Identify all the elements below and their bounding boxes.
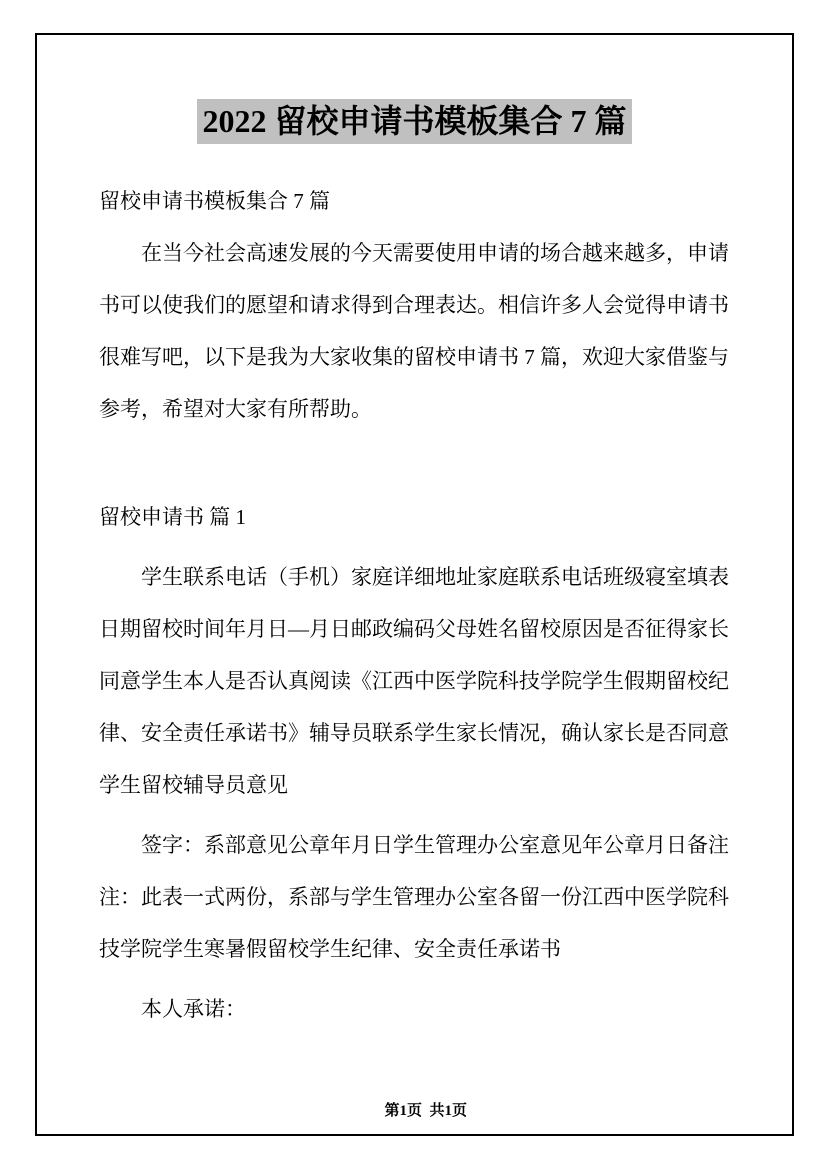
text-line: 留校申请书模板集合 7 篇	[99, 175, 739, 227]
page-footer: 第1页 共1页	[37, 1082, 792, 1137]
form-fields-paragraph: 学生联系电话（手机）家庭详细地址家庭联系电话班级寝室填表 日期留校时间年月日—月…	[99, 551, 739, 811]
document-page: 2022 留校申请书模板集合 7 篇 留校申请书模板集合 7 篇 在当今社会高速…	[0, 0, 827, 1170]
text-line: 技学院学生寒暑假留校学生纪律、安全责任承诺书	[99, 923, 739, 975]
text-line: 日期留校时间年月日—月日邮政编码父母姓名留校原因是否征得家长	[99, 603, 739, 655]
intro-paragraph: 在当今社会高速发展的今天需要使用申请的场合越来越多，申请 书可以使我们的愿望和请…	[99, 227, 739, 435]
intro-heading-paragraph: 留校申请书模板集合 7 篇	[99, 175, 739, 227]
promise-paragraph: 本人承诺：	[99, 983, 739, 1035]
title-highlight: 2022 留校申请书模板集合 7 篇	[197, 99, 631, 144]
document-body: 留校申请书模板集合 7 篇 在当今社会高速发展的今天需要使用申请的场合越来越多，…	[99, 175, 739, 1043]
text-line: 书可以使我们的愿望和请求得到合理表达。相信许多人会觉得申请书	[99, 279, 739, 331]
page-border: 2022 留校申请书模板集合 7 篇 留校申请书模板集合 7 篇 在当今社会高速…	[35, 33, 794, 1136]
text-line: 在当今社会高速发展的今天需要使用申请的场合越来越多，申请	[99, 227, 739, 279]
text-line: 签字：系部意见公章年月日学生管理办公室意见年公章月日备注	[99, 819, 739, 871]
text-line: 同意学生本人是否认真阅读《江西中医学院科技学院学生假期留校纪	[99, 655, 739, 707]
text-line: 学生留校辅导员意见	[99, 759, 739, 811]
text-line: 很难写吧，以下是我为大家收集的留校申请书 7 篇，欢迎大家借鉴与	[99, 331, 739, 383]
page-number: 第1页 共1页	[384, 1103, 467, 1119]
section-heading: 留校申请书 篇 1	[99, 491, 739, 543]
text-line: 注：此表一式两份，系部与学生管理办公室各留一份江西中医学院科	[99, 871, 739, 923]
text-line: 学生联系电话（手机）家庭详细地址家庭联系电话班级寝室填表	[99, 551, 739, 603]
document-title: 2022 留校申请书模板集合 7 篇	[37, 99, 792, 144]
text-line: 留校申请书 篇 1	[99, 491, 739, 543]
text-line: 本人承诺：	[99, 983, 739, 1035]
text-line: 律、安全责任承诺书》辅导员联系学生家长情况，确认家长是否同意	[99, 707, 739, 759]
blank-line	[99, 443, 739, 491]
text-line: 参考，希望对大家有所帮助。	[99, 383, 739, 435]
signature-paragraph: 签字：系部意见公章年月日学生管理办公室意见年公章月日备注 注：此表一式两份，系部…	[99, 819, 739, 975]
